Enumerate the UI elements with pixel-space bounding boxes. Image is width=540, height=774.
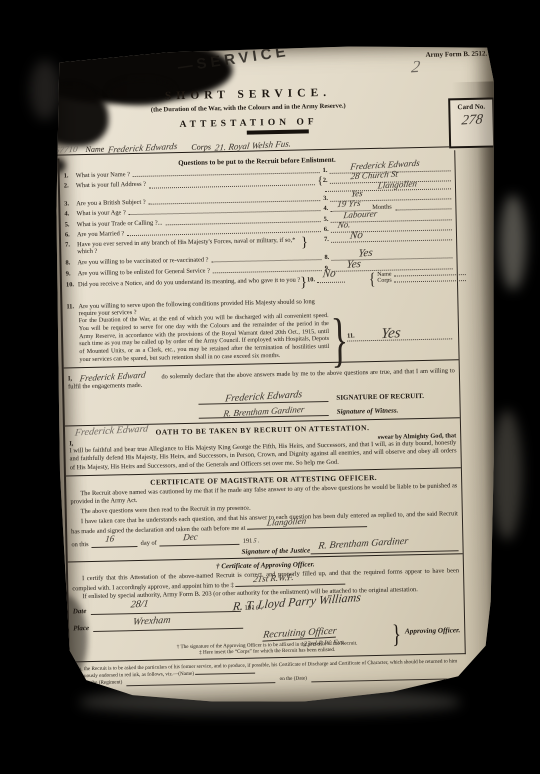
- answer-handwritten: No.: [337, 219, 351, 230]
- pencil-mark: 2: [410, 57, 421, 78]
- month-handwritten: Dec: [183, 531, 199, 542]
- question-text: What is your Name ?: [76, 171, 130, 179]
- question-text: Are you a British Subject ?: [76, 199, 146, 207]
- answer-handwritten: Yes: [346, 258, 362, 271]
- place-label: Place: [73, 624, 89, 632]
- regimental-number: 57710: [54, 144, 78, 155]
- question-number: 2.: [64, 182, 76, 189]
- declaration-section: I, Frederick Edward do solemnly declare …: [68, 363, 456, 421]
- form-body: Questions to be put to the Recruit befor…: [57, 150, 465, 662]
- question-text: Are you Married ?: [77, 230, 125, 238]
- dot-leaders: [213, 266, 322, 273]
- answer-number: 5.: [324, 215, 329, 222]
- card-number-box: Card No. 278: [448, 97, 495, 148]
- answer-cell: 6. No.: [324, 223, 452, 233]
- year-handwritten: 5 .: [253, 537, 260, 544]
- star-footnote-end: on the (Date): [280, 676, 308, 683]
- answer-cell: 7. No: [324, 233, 452, 243]
- star-footnote: * If so, the Recruit is to be asked the …: [68, 658, 464, 688]
- answer-number: 1.: [323, 167, 328, 174]
- question-text: What is your Age ?: [76, 210, 125, 218]
- question-text: Are you willing to be enlisted for Gener…: [78, 267, 210, 277]
- scan-edge-wisp: [492, 410, 522, 540]
- place-handwritten: Wrexham: [132, 614, 171, 627]
- dot-leaders: [133, 168, 320, 177]
- question-text: Have you ever served in any branch of Hi…: [77, 236, 301, 255]
- blank-line: [126, 678, 275, 686]
- notice-name-corps-box: { Name Corps: [369, 270, 470, 285]
- recruit-name-handwritten: Frederick Edwards: [108, 141, 179, 155]
- question-row-11: 11. Are you willing to serve upon the fo…: [66, 295, 454, 365]
- form-number: Army Form B. 2512.: [425, 50, 487, 59]
- brace-glyph: }: [391, 619, 400, 649]
- answer-cell: 10. No { Name Corps: [307, 274, 435, 284]
- question-number: 6.: [65, 231, 77, 238]
- corps-label: Corps: [191, 142, 211, 151]
- oath-place-line: Llangollen: [247, 520, 367, 530]
- witness-signature: R. Brentham Gardiner: [223, 404, 305, 419]
- on-this-label: on this: [71, 541, 88, 548]
- form-header: —SERVICE Army Form B. 2512. 2 Card No. 2…: [49, 41, 497, 158]
- question-text: Did you receive a Notice, and do you und…: [78, 276, 300, 288]
- witness-signature-label: Signature of Witness.: [337, 406, 399, 415]
- answer-handwritten: No: [322, 267, 336, 280]
- day-line: 16: [92, 539, 138, 548]
- question-number: 5.: [65, 221, 77, 228]
- answer-number: 2.: [323, 177, 328, 184]
- month-line: Dec: [160, 536, 240, 546]
- magistrate-certificate-section: CERTIFICATE OF MAGISTRATE OR ATTESTING O…: [70, 471, 459, 559]
- question-number: 10.: [66, 281, 78, 288]
- dot-leaders: [211, 255, 321, 262]
- answer-number: 6.: [324, 226, 329, 233]
- answer-dotted-line: [396, 205, 452, 211]
- star-footnote-mid: enlisted in the (Regiment): [68, 679, 122, 687]
- brace-glyph: {: [369, 270, 376, 287]
- dot-leaders: [165, 217, 320, 225]
- question-text: What is your full Address ?: [76, 181, 146, 189]
- answer-handwritten: Yes: [380, 325, 402, 343]
- oath-section: OATH TO BE TAKEN BY RECRUIT ON ATTESTATI…: [69, 421, 457, 472]
- appoint-handwritten: 21st R.W.F.: [242, 572, 294, 587]
- question-number: 1.: [64, 172, 76, 179]
- answer-number: 11.: [347, 332, 355, 339]
- dot-leaders: [394, 276, 467, 283]
- justice-signature-line: R. Brentham Gardiner: [310, 542, 458, 554]
- attestation-form-sheet: —SERVICE Army Form B. 2512. 2 Card No. 2…: [49, 41, 509, 718]
- answer-number: 3.: [323, 195, 328, 202]
- scan-edge-wisp: [30, 60, 60, 120]
- card-number-label: Card No.: [450, 102, 492, 111]
- blank-line: [195, 669, 255, 675]
- dot-leaders: [129, 206, 321, 215]
- answer-handwritten: No: [349, 229, 363, 242]
- answer-number: 8.: [324, 254, 329, 261]
- day-handwritten: 16: [105, 533, 115, 544]
- answer-number: 10.: [307, 276, 315, 283]
- q11-conditions-paragraph: For the Duration of the War, at the end …: [67, 313, 330, 365]
- name-label: Name: [86, 145, 105, 154]
- answer-number: 7.: [324, 236, 329, 243]
- place-line: Wrexham: [93, 620, 243, 631]
- year-printed: 191: [243, 537, 253, 544]
- brace-glyph: }: [301, 236, 308, 250]
- oath-place-handwritten: Llangollen: [256, 516, 307, 530]
- recruit-signature-label: SIGNATURE OF RECRUIT.: [336, 392, 424, 402]
- answer-handwritten: Labourer: [343, 208, 378, 220]
- justice-signature-label: Signature of the Justice: [241, 546, 310, 555]
- blank-line: [311, 674, 460, 682]
- approving-officer-label: Approving Officer.: [405, 626, 461, 635]
- day-of-label: day of: [141, 539, 157, 546]
- question-number: 4.: [64, 211, 76, 218]
- appoint-line: 21st R.W.F.: [235, 578, 345, 587]
- date-line: 28/1: [90, 603, 240, 614]
- form-title: SHORT SERVICE.: [90, 85, 406, 104]
- approval-date-row: Date 28/1 191 6 . R. T. Lloyd Parry Will…: [73, 599, 460, 615]
- scanned-document-page: { "header": { "stamp": "—SERVICE", "form…: [0, 0, 540, 774]
- question-text: Are you willing to be vaccinated or re-v…: [77, 256, 208, 266]
- date-label: Date: [73, 607, 87, 615]
- corps-handwritten: 21. Royal Welsh Fus.: [214, 138, 291, 152]
- approval-place-row: Place Wrexham Recruiting Officer 23rd R.…: [73, 616, 460, 632]
- q11-answer-area: } 11. Yes: [328, 295, 454, 359]
- answer-cell: 4. Months 19 Yrs: [323, 203, 451, 213]
- notice-corps-label: Corps: [377, 278, 391, 284]
- answer-handwritten: 19 Yrs: [337, 198, 362, 209]
- attestation-heading: ATTESTATION OF: [91, 115, 407, 132]
- dot-leaders: [149, 196, 321, 205]
- question-number: 7.: [65, 241, 77, 248]
- approving-officer-section: † Certificate of Approving Officer. I ce…: [72, 557, 461, 659]
- declaration-i: I,: [68, 375, 72, 382]
- question-number: 8.: [65, 259, 77, 266]
- question-row-10: 10. Did you receive a Notice, and do you…: [66, 273, 453, 295]
- scan-edge-wisp: [500, 195, 526, 290]
- question-text: What is your Trade or Calling ?...: [77, 219, 163, 228]
- answer-number: 4.: [323, 205, 328, 212]
- dot-leaders: [127, 227, 321, 236]
- answer-cell: 8. Yes: [324, 251, 452, 261]
- question-number: 9.: [66, 270, 78, 277]
- recruit-signature-line: Frederick Edwards: [198, 390, 328, 405]
- date-handwritten: 28/1: [130, 598, 149, 610]
- question-number: 3.: [64, 200, 76, 207]
- witness-signature-line: R. Brentham Gardiner: [199, 405, 329, 419]
- card-number-value: 278: [460, 112, 483, 129]
- question-number: 11.: [66, 303, 78, 317]
- recruit-signature: Frederick Edwards: [224, 389, 302, 404]
- service-stamp: —SERVICE: [177, 43, 291, 76]
